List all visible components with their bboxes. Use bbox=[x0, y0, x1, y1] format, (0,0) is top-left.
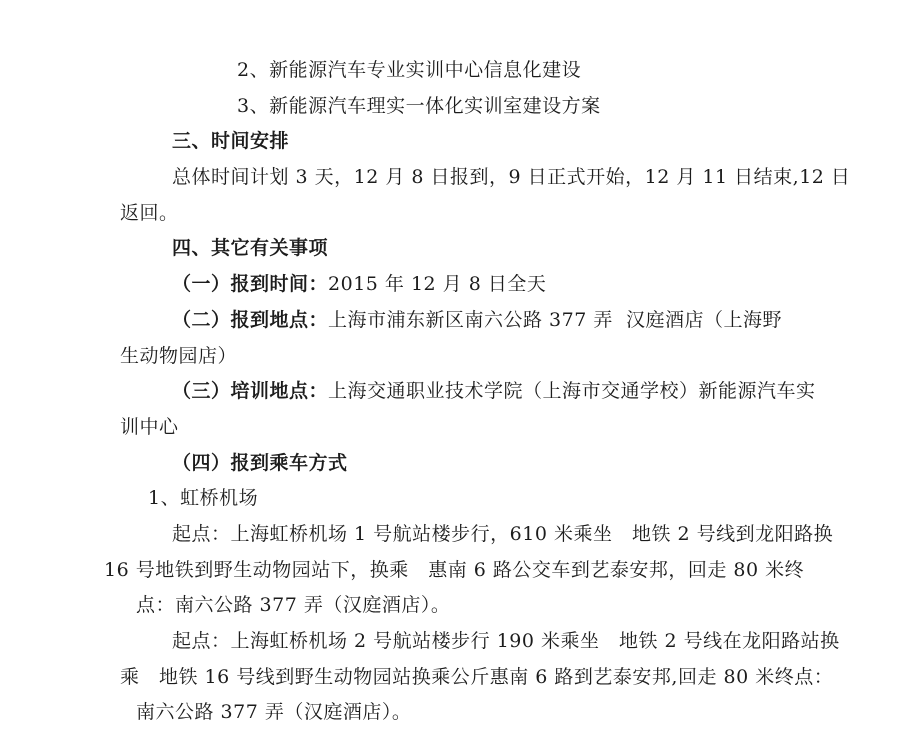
document-line: 起点：上海虹桥机场 2 号航站楼步行 190 米乘坐 地铁 2 号线在龙阳路站换 bbox=[120, 624, 796, 660]
document-line: 16 号地铁到野生动物园站下，换乘 惠南 6 路公交车到艺泰安邦，回走 80 米… bbox=[104, 553, 796, 589]
document-line: 乘 地铁 16 号线到野生动物园站换乘公斤惠南 6 路到艺泰安邦,回走 80 米… bbox=[120, 660, 796, 696]
line-text: 上海市浦东新区南六公路 377 弄 汉庭酒店（上海野 bbox=[328, 309, 782, 331]
document-line: 训中心 bbox=[120, 410, 796, 446]
document-body: 2、新能源汽车专业实训中心信息化建设 3、新能源汽车理实一体化实训室建设方案 三… bbox=[120, 53, 796, 731]
line-bold-text: 三、时间安排 bbox=[172, 130, 289, 152]
document-line: （一）报到时间：2015 年 12 月 8 日全天 bbox=[120, 267, 796, 303]
document-line: 返回。 bbox=[120, 196, 796, 232]
document-line: （二）报到地点：上海市浦东新区南六公路 377 弄 汉庭酒店（上海野 bbox=[120, 303, 796, 339]
document-line: 3、新能源汽车理实一体化实训室建设方案 bbox=[120, 89, 796, 125]
line-text: 训中心 bbox=[120, 416, 179, 438]
section-heading: 三、时间安排 bbox=[120, 124, 796, 160]
line-bold-text: （一）报到时间： bbox=[172, 273, 328, 295]
line-text: 3、新能源汽车理实一体化实训室建设方案 bbox=[237, 95, 601, 117]
line-text: 2015 年 12 月 8 日全天 bbox=[328, 273, 546, 295]
line-text: 点：南六公路 377 弄（汉庭酒店）。 bbox=[136, 594, 450, 616]
document-line: 1、虹桥机场 bbox=[120, 481, 796, 517]
document-line: 生动物园店） bbox=[120, 339, 796, 375]
document-page: 2、新能源汽车专业实训中心信息化建设 3、新能源汽车理实一体化实训室建设方案 三… bbox=[0, 0, 906, 741]
section-heading: 四、其它有关事项 bbox=[120, 231, 796, 267]
line-text: 起点：上海虹桥机场 1 号航站楼步行，610 米乘坐 地铁 2 号线到龙阳路换 bbox=[172, 523, 833, 545]
line-text: 乘 地铁 16 号线到野生动物园站换乘公斤惠南 6 路到艺泰安邦,回走 80 米… bbox=[120, 666, 833, 688]
document-line: 总体时间计划 3 天，12 月 8 日报到，9 日正式开始，12 月 11 日结… bbox=[120, 160, 796, 196]
section-heading: （四）报到乘车方式 bbox=[120, 446, 796, 482]
line-text: 生动物园店） bbox=[120, 345, 237, 367]
line-text: 南六公路 377 弄（汉庭酒店）。 bbox=[136, 701, 411, 723]
document-line: 南六公路 377 弄（汉庭酒店）。 bbox=[120, 695, 796, 731]
line-bold-text: （三）培训地点： bbox=[172, 380, 328, 402]
line-text: 上海交通职业技术学院（上海市交通学校）新能源汽车实 bbox=[328, 380, 816, 402]
line-bold-text: 四、其它有关事项 bbox=[172, 237, 328, 259]
line-text: 起点：上海虹桥机场 2 号航站楼步行 190 米乘坐 地铁 2 号线在龙阳路站换 bbox=[172, 630, 840, 652]
line-text: 返回。 bbox=[120, 202, 179, 224]
line-text: 1、虹桥机场 bbox=[148, 487, 258, 509]
line-text: 2、新能源汽车专业实训中心信息化建设 bbox=[237, 59, 581, 81]
line-text: 总体时间计划 3 天，12 月 8 日报到，9 日正式开始，12 月 11 日结… bbox=[172, 166, 850, 188]
document-line: （三）培训地点：上海交通职业技术学院（上海市交通学校）新能源汽车实 bbox=[120, 374, 796, 410]
line-text: 16 号地铁到野生动物园站下，换乘 惠南 6 路公交车到艺泰安邦，回走 80 米… bbox=[104, 559, 804, 581]
line-bold-text: （四）报到乘车方式 bbox=[172, 452, 348, 474]
line-bold-text: （二）报到地点： bbox=[172, 309, 328, 331]
document-line: 2、新能源汽车专业实训中心信息化建设 bbox=[120, 53, 796, 89]
document-line: 点：南六公路 377 弄（汉庭酒店）。 bbox=[120, 588, 796, 624]
document-line: 起点：上海虹桥机场 1 号航站楼步行，610 米乘坐 地铁 2 号线到龙阳路换 bbox=[120, 517, 796, 553]
